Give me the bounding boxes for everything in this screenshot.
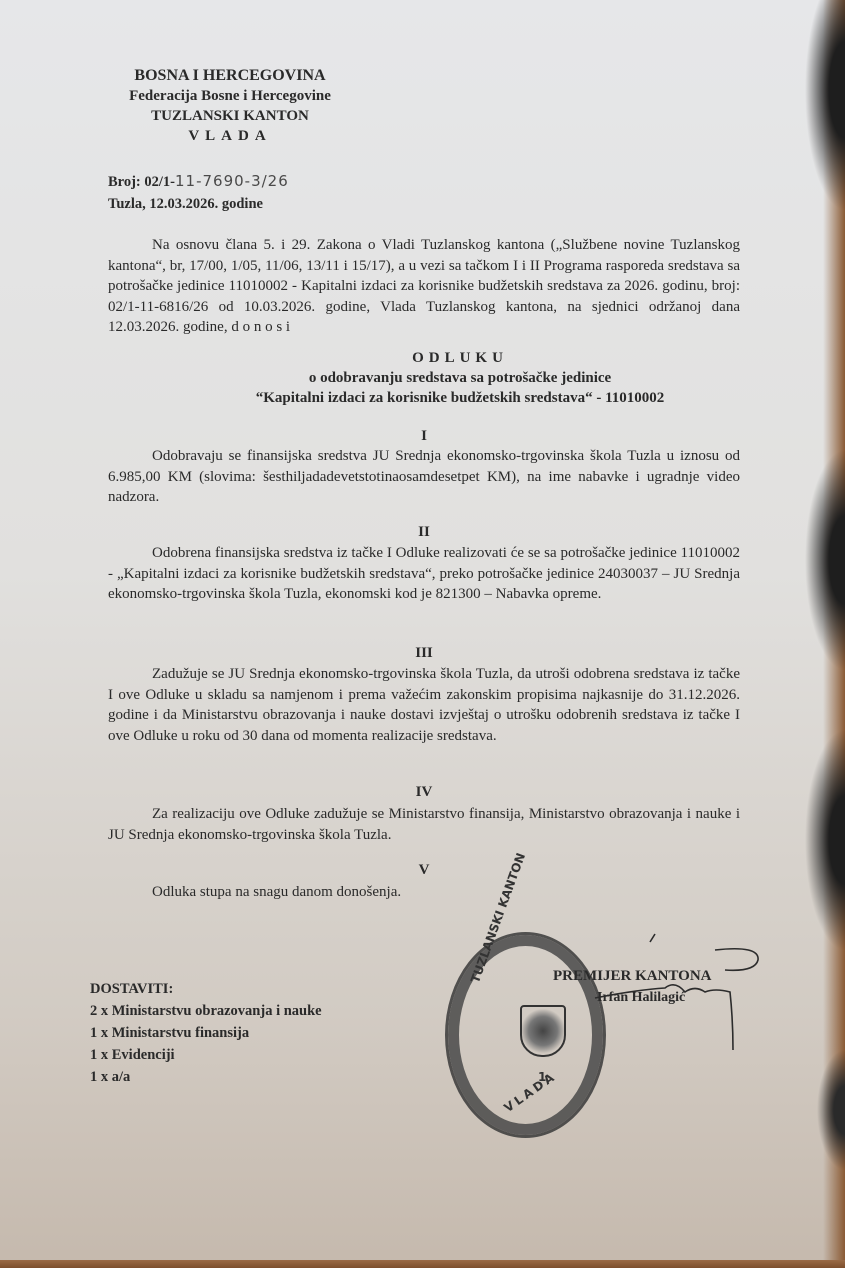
section-number: III — [108, 645, 740, 662]
section-number: I — [108, 428, 740, 445]
reference-block: Broj: 02/1-11-7690-3/26 Tuzla, 12.03.202… — [108, 170, 289, 215]
distribution-item: 2 x Ministarstvu obrazovanja i nauke — [90, 1000, 322, 1022]
signatory-title: PREMIJER KANTONA — [553, 965, 711, 987]
letterhead: BOSNA I HERCEGOVINA Federacija Bosne i H… — [100, 66, 360, 146]
signature-block: PREMIJER KANTONA Irfan Halilagić — [553, 965, 711, 1009]
document-number: Broj: 02/1-11-7690-3/26 — [108, 170, 289, 193]
decision-heading: ODLUKU — [170, 348, 750, 368]
canton-name: TUZLANSKI KANTON — [100, 106, 360, 126]
stamp-number: 1 — [538, 1070, 546, 1084]
table-surface — [0, 1260, 845, 1268]
signatory-name: Irfan Halilagić — [553, 987, 711, 1009]
section-text: Odobrena finansijska sredstva iz tačke I… — [108, 543, 740, 605]
government-name: VLADA — [100, 126, 360, 146]
section-number: V — [108, 862, 740, 879]
section-text: Odobravaju se finansijska sredstva JU Sr… — [108, 446, 740, 508]
section-text: Odluka stupa na snagu danom donošenja. — [108, 882, 740, 903]
section-text: Za realizaciju ove Odluke zadužuje se Mi… — [108, 804, 740, 845]
country-name: BOSNA I HERCEGOVINA — [100, 66, 360, 86]
page-edge-shadow — [790, 0, 845, 1268]
distribution-list: DOSTAVITI: 2 x Ministarstvu obrazovanja … — [90, 978, 322, 1088]
section-text: Zadužuje se JU Srednja ekonomsko-trgovin… — [108, 664, 740, 746]
preamble: Na osnovu člana 5. i 29. Zakona o Vladi … — [108, 235, 740, 338]
document-number-label: Broj: 02/1- — [108, 174, 175, 190]
federation-name: Federacija Bosne i Hercegovine — [100, 86, 360, 106]
section-number: IV — [108, 784, 740, 801]
distribution-heading: DOSTAVITI: — [90, 978, 322, 1000]
section-number: II — [108, 524, 740, 541]
document-page: BOSNA I HERCEGOVINA Federacija Bosne i H… — [0, 0, 845, 1268]
distribution-item: 1 x Evidenciji — [90, 1044, 322, 1066]
document-number-handwritten: 11-7690-3/26 — [175, 172, 289, 190]
place-date: Tuzla, 12.03.2026. godine — [108, 193, 289, 215]
distribution-item: 1 x Ministarstvu finansija — [90, 1022, 322, 1044]
decision-subtitle-1: o odobravanju sredstava sa potrošačke je… — [170, 368, 750, 388]
distribution-item: 1 x a/a — [90, 1066, 322, 1088]
decision-subtitle-2: “Kapitalni izdaci za korisnike budžetski… — [170, 388, 750, 408]
decision-title: ODLUKU o odobravanju sredstava sa potroš… — [170, 348, 750, 408]
